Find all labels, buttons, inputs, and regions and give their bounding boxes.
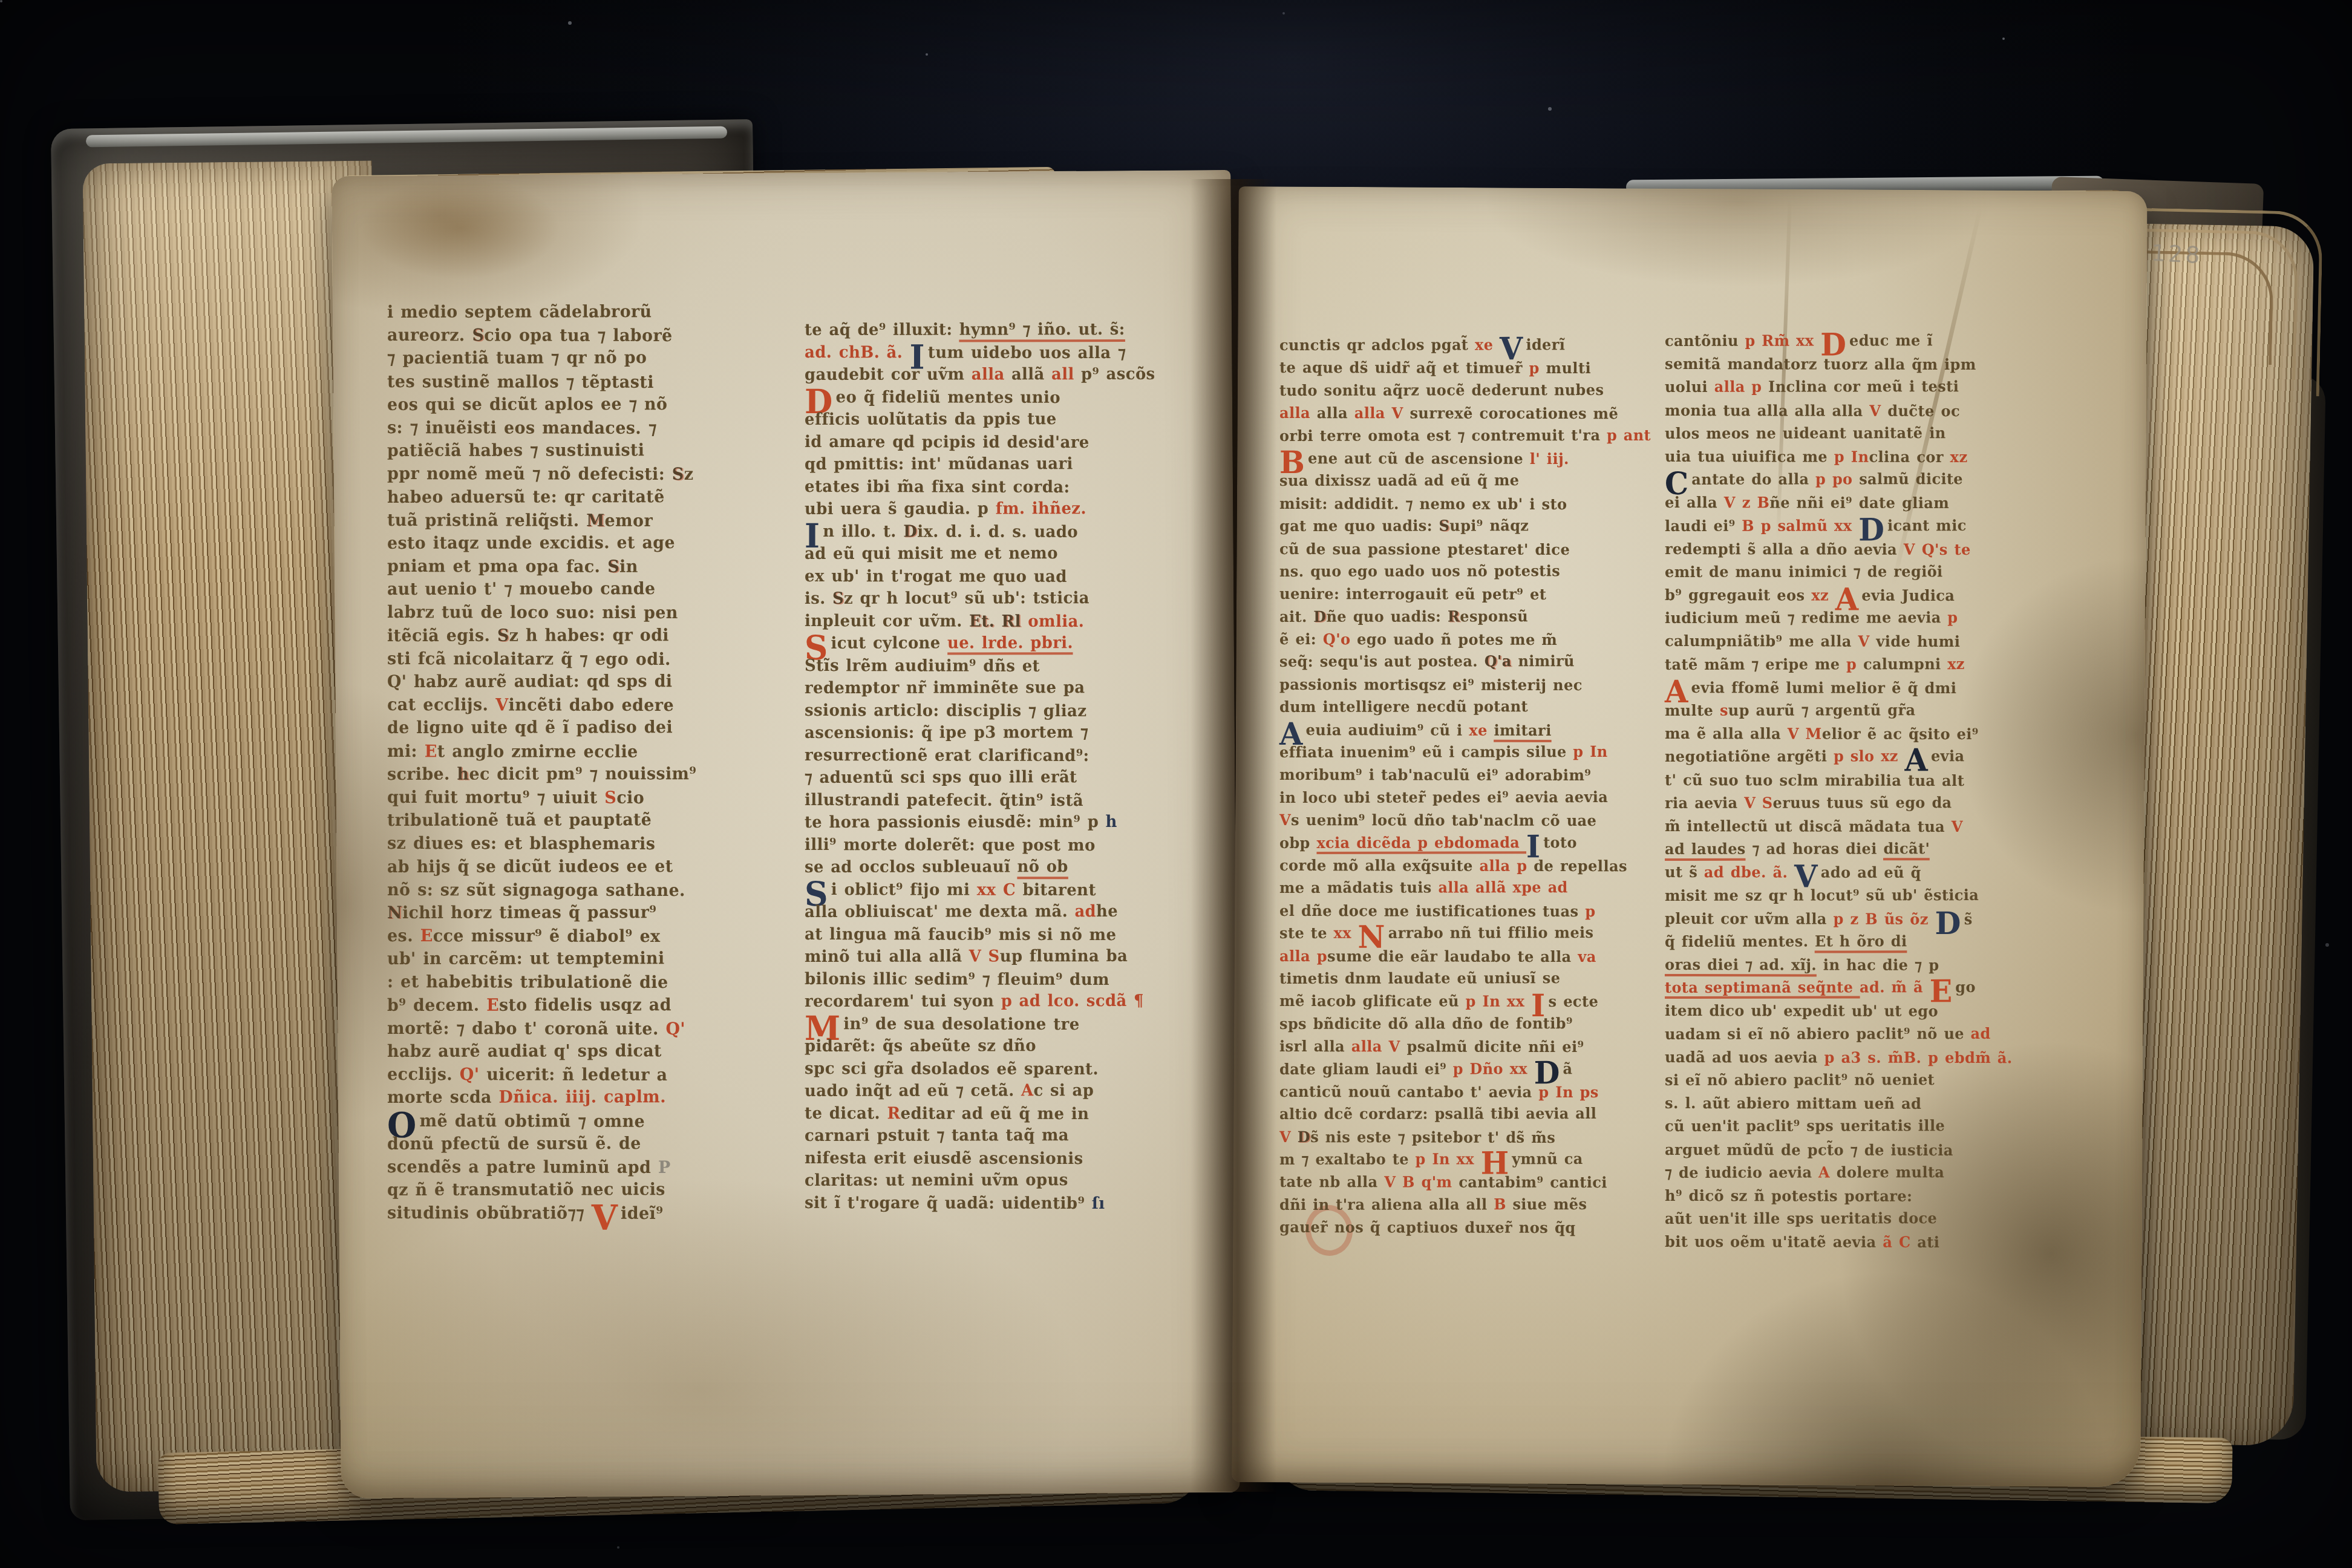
- text-segment: xz: [1947, 655, 1965, 673]
- text-segment: tudo sonitu aq̃rz uocẽ dederunt nubes: [1279, 381, 1604, 399]
- text-segment: uicerit: ñ ledetur a: [479, 1065, 667, 1085]
- text-segment: p Dño xx: [1453, 1060, 1534, 1077]
- text-line: tribulationẽ tuã et pauptatẽ: [387, 808, 782, 832]
- text-line: de ligno uite qd ẽ ĩ padiso dei: [387, 716, 782, 739]
- text-segment: all: [1051, 365, 1074, 384]
- text-segment: pniam et pma opa fac.: [387, 556, 607, 577]
- text-segment: m ⁊ exaltabo te: [1279, 1151, 1416, 1168]
- text-segment: Q'a: [1485, 653, 1512, 670]
- text-segment: Dñica. iiij. caplm.: [499, 1087, 666, 1108]
- text-segment: evia: [1931, 747, 1964, 765]
- text-line: morte scda Dñica. iiij. caplm.: [387, 1085, 782, 1109]
- text-line: nifesta erit eiusdẽ ascensionis: [805, 1147, 1207, 1170]
- text-segment: uadam si eĩ nõ abiero paclit⁹ nõ ue: [1665, 1025, 1971, 1043]
- text-segment: gat me quo uadis:: [1279, 517, 1439, 535]
- text-segment: eruus tuus sũ ego da: [1773, 794, 1952, 812]
- text-segment: semitã mandatorz tuorz alla q̃m ipm: [1665, 355, 1976, 373]
- text-segment: bilonis illic sedim⁹ ⁊ fleuim⁹ dum: [805, 970, 1109, 989]
- text-segment: V: [1858, 633, 1869, 650]
- text-segment: q̃ fideliũ mentes.: [1665, 932, 1815, 950]
- text-segment: habz aurẽ audiat q' sps dicat: [387, 1040, 662, 1061]
- text-line: sti fcã nicolaitarz q̃ ⁊ ego odi.: [387, 647, 784, 671]
- text-line: s. l. aũt abiero mittam ueñ ad: [1665, 1092, 2079, 1116]
- text-line: minõ tui alla allã V Sup flumina ba: [805, 945, 1205, 968]
- text-segment: xx: [1333, 924, 1357, 942]
- text-segment: aureorz.: [387, 325, 472, 345]
- text-segment: bit uos oẽm u'itatẽ aevia: [1665, 1233, 1883, 1251]
- text-line: semitã mandatorz tuorz alla q̃m ipm: [1665, 353, 2079, 377]
- text-line: carnari pstuit ⁊ tanta taq̃ ma: [805, 1124, 1205, 1147]
- text-line: ubi uera s̃ gaudia. p fm. ihñez.: [805, 497, 1205, 520]
- text-line: misit me sz qr h locut⁹ sũ ub' ẽsticia: [1665, 883, 2077, 907]
- text-segment: ec dicit pm⁹ ⁊ nouissim⁹: [469, 763, 696, 784]
- text-segment: V z B: [1724, 494, 1769, 512]
- text-line: sit ĩ t'rogare q̃ uadã: uidentib⁹ ſı: [805, 1192, 1207, 1215]
- text-line: tes sustinẽ mallos ⁊ tẽptasti: [387, 370, 784, 394]
- text-line: ait. Dñe quo uadis: Responsũ: [1279, 604, 1686, 628]
- text-segment: : et habebitis tribulationẽ die: [387, 972, 668, 992]
- text-segment: salmũ dicite: [1852, 470, 1963, 488]
- text-segment: ideĩ⁹: [621, 1203, 663, 1223]
- text-segment: V S: [969, 947, 1000, 965]
- text-segment: siue mẽs: [1506, 1195, 1587, 1213]
- text-line: m̃ intellectũ ut discã mãdata tua V: [1665, 815, 2079, 839]
- text-line: In illo. t. Dix. d. i. d. s. uado: [805, 520, 1207, 543]
- text-segment: S: [1439, 517, 1450, 535]
- text-segment: ã C: [1883, 1233, 1910, 1251]
- text-line: Aevia ffomẽ lumi melior ẽ q̃ dmi: [1665, 676, 2079, 701]
- text-segment: sua dixissz uadã ad eũ q̃ me: [1279, 472, 1519, 490]
- text-segment: qd pmittis: int' mũdanas uari: [805, 454, 1073, 474]
- text-segment: S: [604, 788, 616, 808]
- text-segment: te aque ds̃ uidr̃ aq̃ et timuer̃: [1279, 359, 1529, 377]
- text-line: Cantate do alla p po salmũ dicite: [1665, 468, 2077, 491]
- text-segment: tes sustinẽ mallos ⁊ tẽptasti: [387, 371, 654, 392]
- text-segment: R: [887, 1104, 900, 1123]
- text-segment: Stĩs lrẽm audiuim⁹ dñs et: [805, 656, 1040, 676]
- text-segment: t' cũ suo tuo sclm mirabilia tua alt: [1665, 771, 1964, 789]
- text-segment: id amare qd pcipis id desid'are: [805, 433, 1089, 452]
- text-line: dum intelligere necdũ potant: [1279, 695, 1686, 719]
- text-segment: i oblict⁹ fijo mi: [831, 880, 977, 900]
- text-segment: oras diei ⁊ ad. xĩj.: [1665, 956, 1817, 977]
- text-segment: ati: [1910, 1233, 1939, 1251]
- text-segment: uadã ad uos aevia: [1665, 1048, 1824, 1067]
- text-segment: icut cylcone: [831, 634, 947, 653]
- text-segment: corde mõ alla exq̃suite: [1279, 857, 1480, 875]
- text-line: cunctis qr adclos pgat̃ xe Viderĩ: [1279, 333, 1686, 357]
- text-segment: p In: [1573, 743, 1607, 760]
- text-line: tota septimanã seq̃nte ad. m̃ ã Ego: [1665, 976, 2077, 999]
- text-segment: elior ẽ ac q̃sito ei⁹: [1822, 725, 1979, 743]
- text-segment: h: [1105, 812, 1117, 831]
- folio-number: 128: [2151, 240, 2203, 269]
- text-segment: S: [672, 464, 684, 484]
- text-segment: carnari pstuit ⁊ tanta taq̃ ma: [805, 1126, 1069, 1145]
- text-segment: arrabo nñ tui ffilio meis: [1388, 924, 1594, 942]
- text-line: uia tua uiuifica me p Inclina cor xz: [1665, 445, 2079, 469]
- text-segment: V Q's te: [1904, 541, 1971, 558]
- text-line: redempti s̃ alla a dño aevia V Q's te: [1665, 538, 2079, 562]
- text-line: ⁊ pacientiã tuam ⁊ qr nõ po: [387, 346, 782, 370]
- text-line: in loco ubi steter̃ pedes ei⁹ aevia aevi…: [1279, 786, 1686, 809]
- text-segment: imitari: [1494, 721, 1552, 742]
- text-line: Deo q̃ fideliũ mentes unio: [805, 386, 1207, 409]
- text-segment: situdinis obũbratiõ⁊⁊: [387, 1203, 592, 1223]
- text-segment: up aurũ ⁊ argentũ gr̃a: [1728, 701, 1916, 719]
- text-segment: ⁊ aduentũ sci sps quo illi erãt: [805, 768, 1077, 787]
- text-segment: incẽti dabo edere: [508, 695, 674, 716]
- text-segment: in: [619, 557, 638, 577]
- text-segment: dicãt': [1883, 840, 1930, 860]
- text-segment: l' iij.: [1530, 450, 1569, 468]
- text-segment: te dicat.: [805, 1104, 887, 1123]
- text-segment: iudicium meũ ⁊ redime me aevia: [1665, 609, 1947, 627]
- text-segment: N: [387, 903, 402, 923]
- text-line: multe sup aurũ ⁊ argentũ gr̃a: [1665, 699, 2077, 722]
- text-line: inpleuit cor uṽm. Et. Rl omlia.: [805, 610, 1207, 633]
- text-line: spc sci gr̃a dsolados eẽ sparent.: [805, 1057, 1207, 1080]
- text-segment: item dico ub' expedit ub' ut ego: [1665, 1002, 1938, 1020]
- text-line: el dñe doce me iustificationes tuas p: [1279, 900, 1688, 923]
- text-line: b⁹ decem. Esto fidelis usqz ad: [387, 993, 782, 1016]
- text-line: oras diei ⁊ ad. xĩj. in hac die ⁊ p: [1665, 953, 2079, 978]
- text-segment: he: [1096, 902, 1118, 921]
- text-segment: alla allã xpe ad: [1438, 879, 1567, 897]
- text-segment: tatẽ mãm ⁊ eripe me: [1665, 655, 1846, 673]
- text-segment: clina cor: [1869, 448, 1950, 466]
- text-line: uadam si eĩ nõ abiero paclit⁹ nõ ue ad: [1665, 1022, 2077, 1045]
- text-line: altio dcẽ cordarz: psallã tibi aevia all: [1279, 1102, 1686, 1126]
- text-segment: R: [1448, 607, 1460, 625]
- text-line: habeo aduersũ te: qr caritatẽ: [387, 485, 782, 508]
- text-segment: h: [457, 764, 469, 784]
- text-segment: tate nb alla: [1279, 1173, 1384, 1191]
- text-segment: Q': [665, 1019, 685, 1039]
- text-segment: sz diues es: et blasphemaris: [387, 833, 655, 854]
- text-segment: el dñe doce me iustificationes tuas: [1279, 902, 1585, 920]
- text-line: misit: addidit. ⁊ nemo ex ub' i sto: [1279, 492, 1688, 516]
- text-segment: omlia.: [1028, 612, 1084, 631]
- text-line: item dico ub' expedit ub' ut ego: [1665, 999, 2079, 1024]
- text-segment: eo q̃ fideliũ mentes unio: [836, 388, 1061, 407]
- text-segment: V B q'm: [1384, 1174, 1452, 1191]
- text-segment: ego uado ñ potes me m̃: [1350, 630, 1557, 648]
- text-segment: m̃ intellectũ ut discã mãdata tua: [1665, 817, 1952, 835]
- text-segment: antate do alla: [1691, 471, 1815, 488]
- text-segment: uia tua uiuifica me: [1665, 448, 1834, 466]
- text-line: donũ pfectũ de sursũ ẽ. de: [387, 1132, 782, 1155]
- text-segment: ub' in carcẽm: ut temptemini: [387, 948, 665, 969]
- text-segment: S: [832, 589, 844, 608]
- text-segment: sti fcã nicolaitarz q̃ ⁊ ego odi.: [387, 648, 671, 669]
- text-line: Sicut cylcone ue. lrde. pbri.: [805, 632, 1205, 655]
- text-line: ria aevia V Seruus tuus sũ ego da: [1665, 791, 2077, 815]
- text-line: id amare qd pcipis id desid'are: [805, 431, 1207, 454]
- text-line: t' cũ suo tuo sclm mirabilia tua alt: [1665, 769, 2079, 793]
- text-segment: alla V: [1354, 404, 1403, 422]
- text-line: monia tua alla alla alla V duc̃te oc: [1665, 399, 2079, 423]
- text-line: uolui alla p Inclina cor meũ i testi: [1665, 375, 2077, 399]
- text-line: moribum⁹ i tab'naculũ ei⁹ adorabim⁹: [1279, 763, 1688, 787]
- text-segment: illustrandi patefecit. q̃tin⁹ istã: [805, 791, 1083, 810]
- text-line: s: ⁊ inuẽisti eos mandaces. ⁊: [387, 416, 784, 440]
- left-column-2: te aq̃ de⁹ illuxit: hymn⁹ ⁊ iño. ut. s̃:…: [805, 319, 1222, 1214]
- text-segment: at lingua mã faucib⁹ mis si nõ me: [805, 925, 1117, 944]
- text-line: resurrectionẽ erat clarificand⁹:: [805, 744, 1207, 767]
- text-segment: Q': [460, 1064, 480, 1084]
- text-segment: B: [1494, 1195, 1506, 1213]
- text-segment: s̃ nis este ⁊ psitebor t' ds̃ m̃s: [1310, 1128, 1555, 1146]
- text-segment: si eĩ nõ abiero paclit⁹ nõ ueniet: [1665, 1071, 1935, 1089]
- text-segment: cũ uen'it paclit⁹ sps ueritatis ille: [1665, 1117, 1945, 1135]
- text-segment: Et. Rl: [969, 612, 1028, 631]
- text-line: uenire: interrogauit eũ petr⁹ et: [1279, 583, 1688, 606]
- text-segment: Q' habz aurẽ audiat: qd sps di: [387, 671, 673, 691]
- text-segment: in⁹ de sua desolatione tre: [843, 1014, 1079, 1034]
- text-segment: emit de manu inimici ⁊ de regiõi: [1665, 563, 1943, 581]
- text-segment: ei alla: [1665, 494, 1724, 511]
- text-segment: Inclina cor meũ i testi: [1762, 377, 1959, 396]
- text-segment: calumpniãtib⁹ me alla: [1665, 632, 1858, 650]
- text-line: ad laudes ⁊ ad horas diei dicãt': [1665, 837, 2077, 861]
- text-segment: ssionis articlo: disciplis ⁊ gliaz: [805, 701, 1086, 720]
- text-line: efficis uolũtatis da ppis tue: [805, 408, 1205, 431]
- text-line: te hora passionis eiusdẽ: min⁹ p h: [805, 811, 1205, 834]
- text-segment: redempti s̃ alla a dño aevia: [1665, 540, 1904, 558]
- text-segment: inpleuit cor uṽm.: [805, 612, 969, 631]
- text-line: Min⁹ de sua desolatione tre: [805, 1013, 1207, 1036]
- text-segment: qui fuit mortu⁹ ⁊ uiuit: [387, 787, 604, 808]
- text-segment: Et h õro di: [1815, 932, 1907, 953]
- text-segment: p z B ũs õz: [1833, 910, 1935, 927]
- text-segment: pidarẽt: q̃s abeũte sz dño: [805, 1036, 1036, 1056]
- text-segment: altio dcẽ cordarz: psallã tibi aevia all: [1279, 1105, 1596, 1123]
- text-line: eos qui se dicũt aplos ee ⁊ nõ: [387, 393, 782, 416]
- text-line: sps bñdicite dõ alla dño de fontib⁹: [1279, 1011, 1686, 1035]
- text-segment: Q'o: [1323, 630, 1351, 648]
- text-segment: educ me ĩ: [1849, 332, 1933, 349]
- text-segment: multe: [1665, 702, 1720, 719]
- text-segment: tuã pristinã reliq̃sti.: [387, 510, 586, 531]
- cloth-speckles: [0, 0, 2, 2]
- text-segment: s. l. aũt abiero mittam ueñ ad: [1665, 1094, 1921, 1112]
- text-segment: cũ de sua passione ptestaret' dice: [1279, 540, 1570, 558]
- text-segment: emor: [605, 510, 653, 530]
- text-segment: V: [1279, 811, 1291, 829]
- text-line: illustrandi patefecit. q̃tin⁹ istã: [805, 789, 1207, 812]
- text-segment: b⁹ decem.: [387, 995, 486, 1014]
- text-segment: nimirũ: [1512, 653, 1575, 670]
- text-line: Aeuia audiuim⁹ cũ i xe imitari: [1279, 719, 1688, 742]
- text-segment: cantabim⁹ cantici: [1452, 1174, 1607, 1192]
- text-line: ẽ ei: Q'o ego uado ñ potes me m̃: [1279, 628, 1688, 652]
- text-segment: B p salmũ xx: [1742, 517, 1858, 534]
- text-line: gat me quo uadis: Supi⁹ nãqz: [1279, 514, 1686, 538]
- text-segment: itẽciã egis.: [387, 625, 497, 645]
- text-line: dñi in t'ra aliena alla all B siue mẽs: [1279, 1193, 1686, 1217]
- text-line: effiata inuenim⁹ eũ i campis silue p In: [1279, 740, 1686, 764]
- text-segment: s̃: [1964, 910, 1973, 928]
- text-segment: resurrectionẽ erat clarificand⁹:: [805, 746, 1089, 765]
- text-segment: esto itaqz unde excidis. et age: [387, 532, 675, 553]
- text-segment: alla p: [1714, 378, 1762, 396]
- text-segment: xx C: [977, 881, 1016, 900]
- text-segment: p ant: [1607, 426, 1651, 443]
- text-segment: sto fidelis usqz ad: [499, 995, 671, 1015]
- text-line: ste te xx Narrabo nñ tui ffilio meis: [1279, 921, 1686, 945]
- text-segment: s ecte: [1548, 993, 1598, 1010]
- text-line: cũ uen'it paclit⁹ sps ueritatis ille: [1665, 1114, 2077, 1138]
- text-line: qz ñ ẽ transmutatiõ nec uicis: [387, 1178, 782, 1201]
- text-segment: z h habes: qr odi: [509, 625, 669, 645]
- text-line: Bene aut cũ de ascensione l' iij.: [1279, 447, 1688, 471]
- text-line: orbi terre omota est ⁊ contremuit t'ra p…: [1279, 423, 1686, 447]
- text-segment: s uenim⁹ locũ dño tab'naclm cõ uae: [1291, 811, 1596, 829]
- text-segment: calumpni: [1857, 655, 1947, 673]
- text-line: i medio septem cãdelabrorũ: [387, 300, 782, 324]
- text-segment: ⁊ ad horas diei: [1746, 840, 1884, 857]
- text-segment: xe: [1475, 336, 1500, 353]
- text-segment: b⁹ ggregauit eos: [1665, 586, 1811, 604]
- text-line: calumpniãtib⁹ me alla V vide humi: [1665, 630, 2079, 654]
- text-segment: alla p: [1279, 947, 1327, 965]
- text-line: qui fuit mortu⁹ ⁊ uiuit Scio: [387, 786, 784, 810]
- text-segment: te hora passionis eiusdẽ: min⁹ p: [805, 812, 1106, 832]
- text-segment: allã: [1005, 365, 1052, 384]
- text-segment: ñe quo uadis:: [1326, 607, 1447, 625]
- text-line: labrz tuũ de loco suo: nisi pen: [387, 601, 784, 625]
- text-line: ab hijs q̃ se dicũt iudeos ee et: [387, 854, 782, 878]
- text-segment: nõ s: sz sũt signagoga sathane.: [387, 880, 685, 900]
- text-segment: aut uenio t' ⁊ mouebo cande: [387, 578, 655, 599]
- text-line: scribe. hec dicit pm⁹ ⁊ nouissim⁹: [387, 762, 782, 786]
- text-line: is. Sz qr h locut⁹ sũ ub': tsticia: [805, 587, 1205, 610]
- text-segment: effiata inuenim⁹ eũ i campis silue: [1279, 743, 1573, 761]
- text-line: timetis dnm laudate eũ uniusĩ se: [1279, 967, 1686, 990]
- text-segment: ad. chB. ã.: [805, 343, 910, 362]
- text-segment: va: [1578, 948, 1596, 965]
- text-line: ppr nomẽ meũ ⁊ nõ defecisti: Sz: [387, 462, 784, 486]
- text-segment: ado ad eũ q̃: [1821, 864, 1921, 881]
- text-segment: alla: [1317, 404, 1354, 422]
- text-segment: M: [586, 510, 604, 530]
- text-segment: euia audiuim⁹ cũ i: [1306, 721, 1469, 739]
- text-line: Vs uenim⁹ locũ dño tab'naclm cõ uae: [1279, 809, 1688, 832]
- text-line: canticũ nouũ cantabo t' aevia p In ps: [1279, 1080, 1688, 1104]
- text-line: ns. quo ego uado uos nõ potestis: [1279, 560, 1686, 583]
- text-segment: ad. m̃ ã: [1860, 978, 1930, 996]
- text-line: redemptor nr̃ imminẽte sue pa: [805, 676, 1205, 699]
- text-segment: E: [420, 926, 433, 946]
- text-line: m ⁊ exaltabo te p In xx Hymnũ ca: [1279, 1148, 1686, 1171]
- text-line: sz diues es: et blasphemaris: [387, 832, 784, 856]
- text-segment: mẽ iacob glificate eũ: [1279, 992, 1466, 1010]
- text-line: emit de manu inimici ⁊ de regiõi: [1665, 560, 2077, 584]
- text-segment: labrz tuũ de loco suo: nisi pen: [387, 602, 678, 622]
- text-line: : et habebitis tribulationẽ die: [387, 970, 784, 995]
- text-segment: minõ tui alla allã: [805, 947, 969, 966]
- text-line: q̃ fideliũ mentes. Et h õro di: [1665, 930, 2077, 953]
- text-line: gaudebit cor uṽm alla allã all p⁹ ascõs: [805, 363, 1205, 386]
- text-segment: ait.: [1279, 608, 1313, 626]
- text-segment: n illo. t.: [823, 522, 903, 541]
- text-segment: s: [1720, 702, 1728, 719]
- text-segment: cantõniu: [1665, 332, 1745, 350]
- text-segment: claritas: ut nemini uṽm opus: [805, 1171, 1068, 1190]
- text-segment: A: [1818, 1163, 1830, 1181]
- text-segment: timetis dnm laudate eũ uniusĩ se: [1279, 969, 1560, 987]
- text-segment: canticũ nouũ cantabo t' aevia: [1279, 1083, 1538, 1101]
- text-line: mẽ iacob glificate eũ p In xx Is ecte: [1279, 990, 1688, 1013]
- right-column-1: cunctis qr adclos pgat̃ xe Viderĩte aque…: [1279, 334, 1703, 1239]
- text-segment: S: [607, 557, 619, 577]
- text-segment: ſı: [1092, 1194, 1105, 1213]
- text-segment: illi⁹ morte dolerẽt: que post mo: [805, 835, 1096, 855]
- text-segment: seq̃: sequ'is aut postea.: [1279, 653, 1485, 671]
- text-segment: fm. ihñez.: [996, 499, 1086, 518]
- text-segment: go: [1955, 978, 1976, 996]
- text-line: aureorz. Scio opa tua ⁊ laborẽ: [387, 324, 784, 348]
- text-line: te dicat. Reditar ad eũ q̃ me in: [805, 1102, 1207, 1125]
- text-segment: in hac die ⁊ p: [1817, 956, 1939, 974]
- text-segment: ut s̃: [1665, 863, 1704, 881]
- text-segment: pleuit cor uṽm alla: [1665, 910, 1834, 928]
- text-segment: ix. d. i. d. s. uado: [917, 522, 1078, 541]
- text-segment: bitarent: [1016, 881, 1096, 900]
- text-segment: tota septimanã seq̃nte: [1665, 979, 1860, 999]
- text-segment: duc̃te oc: [1881, 402, 1960, 419]
- text-segment: cio: [616, 788, 644, 808]
- text-line: tate nb alla V B q'm cantabim⁹ cantici: [1279, 1171, 1688, 1194]
- text-segment: ad laudes: [1665, 840, 1746, 861]
- text-segment: ⁊ pacientiã tuam ⁊ qr nõ po: [387, 348, 647, 368]
- text-segment: p: [1846, 655, 1857, 673]
- text-segment: spc sci gr̃a dsolados eẽ sparent.: [805, 1059, 1099, 1079]
- text-segment: alla V: [1351, 1037, 1400, 1055]
- text-segment: ue. lrde. pbri.: [947, 633, 1073, 655]
- text-segment: ad: [1074, 902, 1096, 921]
- text-line: laudi ei⁹ B p salmũ xx Dicant mic: [1665, 514, 2077, 537]
- text-segment: monia tua alla alla alla: [1665, 402, 1869, 420]
- text-segment: ria aevia: [1665, 794, 1744, 812]
- text-segment: te aq̃ de⁹ illuxit:: [805, 321, 959, 339]
- text-segment: aũt uen'it ille sps ueritatis doce: [1665, 1209, 1937, 1227]
- text-line: date gliam laudi ei⁹ p Dño xx Dã: [1279, 1057, 1686, 1080]
- text-segment: me a mãdatis tuis: [1279, 879, 1438, 897]
- text-segment: c si ap: [1033, 1081, 1094, 1100]
- text-line: pniam et pma opa fac. Sin: [387, 555, 784, 579]
- text-segment: uenire: interrogauit eũ petr⁹ et: [1279, 585, 1546, 603]
- text-segment: vide humi: [1870, 633, 1961, 650]
- text-segment: ns. quo ego uado uos nõ potestis: [1279, 562, 1560, 580]
- text-segment: sps bñdicite dõ alla dño de fontib⁹: [1279, 1014, 1573, 1033]
- text-line: ma ẽ alla alla V Melior ẽ ac q̃sito ei⁹: [1665, 722, 2079, 746]
- text-segment: ichil horz timeas q̃ passur⁹: [402, 902, 656, 923]
- text-line: alla alla alla V surrexẽ corocationes mẽ: [1279, 402, 1688, 425]
- text-line: sua dixissz uadã ad eũ q̃ me: [1279, 469, 1686, 492]
- text-segment: dolere multa: [1830, 1163, 1944, 1181]
- text-segment: habeo aduersũ te: qr caritatẽ: [387, 486, 665, 507]
- text-segment: sit ĩ t'rogare q̃ uadã: uidentib⁹: [805, 1194, 1092, 1213]
- text-segment: scribe.: [387, 764, 457, 784]
- text-segment: donũ pfectũ de sursũ ẽ. de: [387, 1133, 641, 1154]
- text-segment: ab hijs q̃ se dicũt iudeos ee et: [387, 856, 673, 877]
- text-line: seq̃: sequ'is aut postea. Q'a nimirũ: [1279, 650, 1686, 673]
- text-segment: multi: [1540, 359, 1591, 377]
- text-segment: p In xx: [1416, 1150, 1481, 1168]
- text-segment: D: [903, 522, 917, 541]
